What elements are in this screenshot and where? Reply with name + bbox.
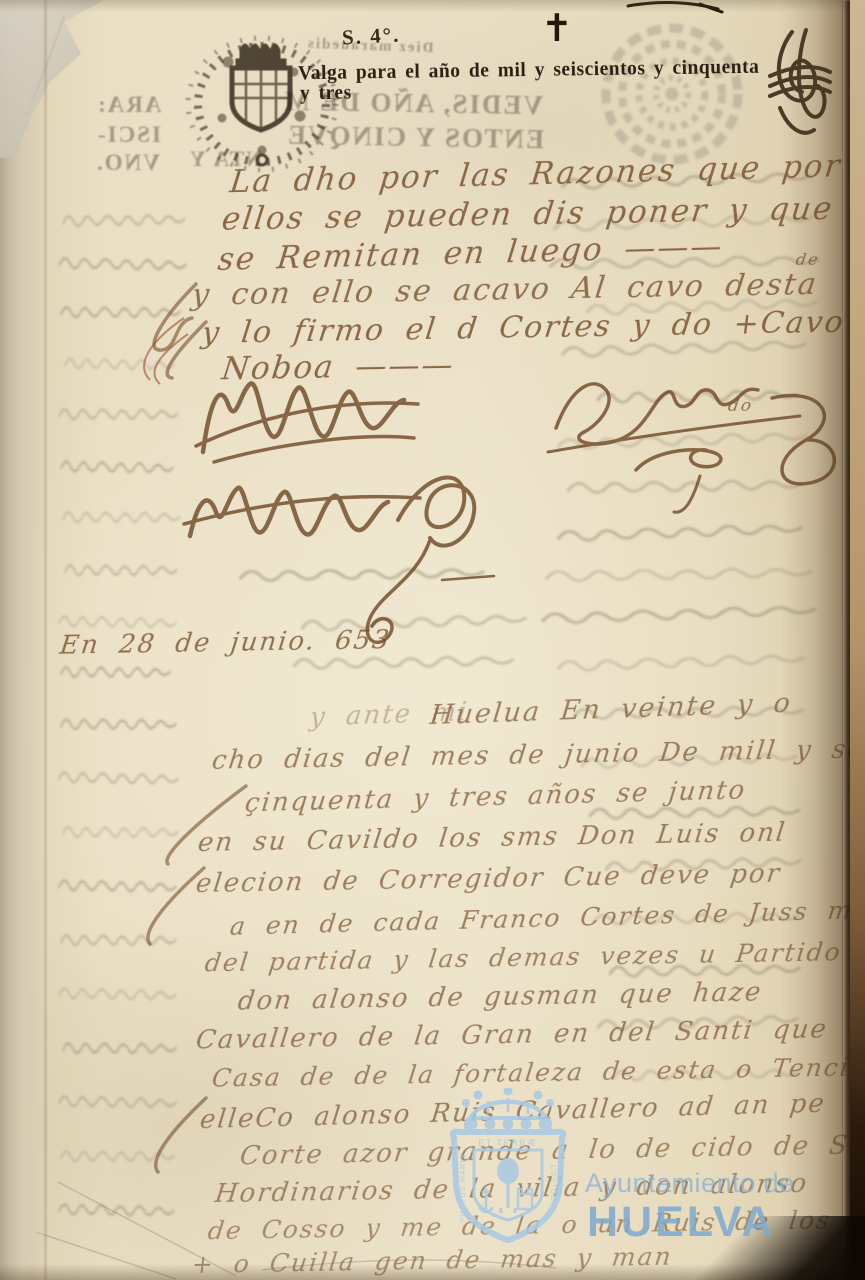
- watermark-motto-right: CVSTODIA: [549, 1165, 558, 1211]
- adjacent-page-edge: [850, 0, 865, 1280]
- binding-gutter-shadow: [781, 0, 843, 1280]
- crown-icon: [464, 1089, 552, 1132]
- watermark-motto-top: ET TERRÆ: [478, 1138, 537, 1148]
- left-crease: [44, 0, 47, 1280]
- signature-rubric-1: [196, 384, 418, 462]
- watermark-city-name: HUELVA: [587, 1198, 775, 1247]
- ink-strokes-layer: [0, 0, 865, 1280]
- watermark-motto-left: PORTUS MARIS: [458, 1154, 467, 1223]
- top-edge-shadow: [0, 0, 865, 12]
- scanned-manuscript-page: Diez marauedisVEDIS, AÑO DE MENTOS Y CIN…: [0, 0, 865, 1280]
- worn-left-edge: [0, 0, 46, 1280]
- marginal-flourishes: [148, 284, 246, 1172]
- watermark-org-name: Ayuntamiento de: [585, 1168, 795, 1199]
- huelva-crest-watermark: ET TERRÆ PORTUS MARIS CVSTODIA: [448, 1088, 568, 1273]
- signature-rubric-3: [184, 478, 494, 643]
